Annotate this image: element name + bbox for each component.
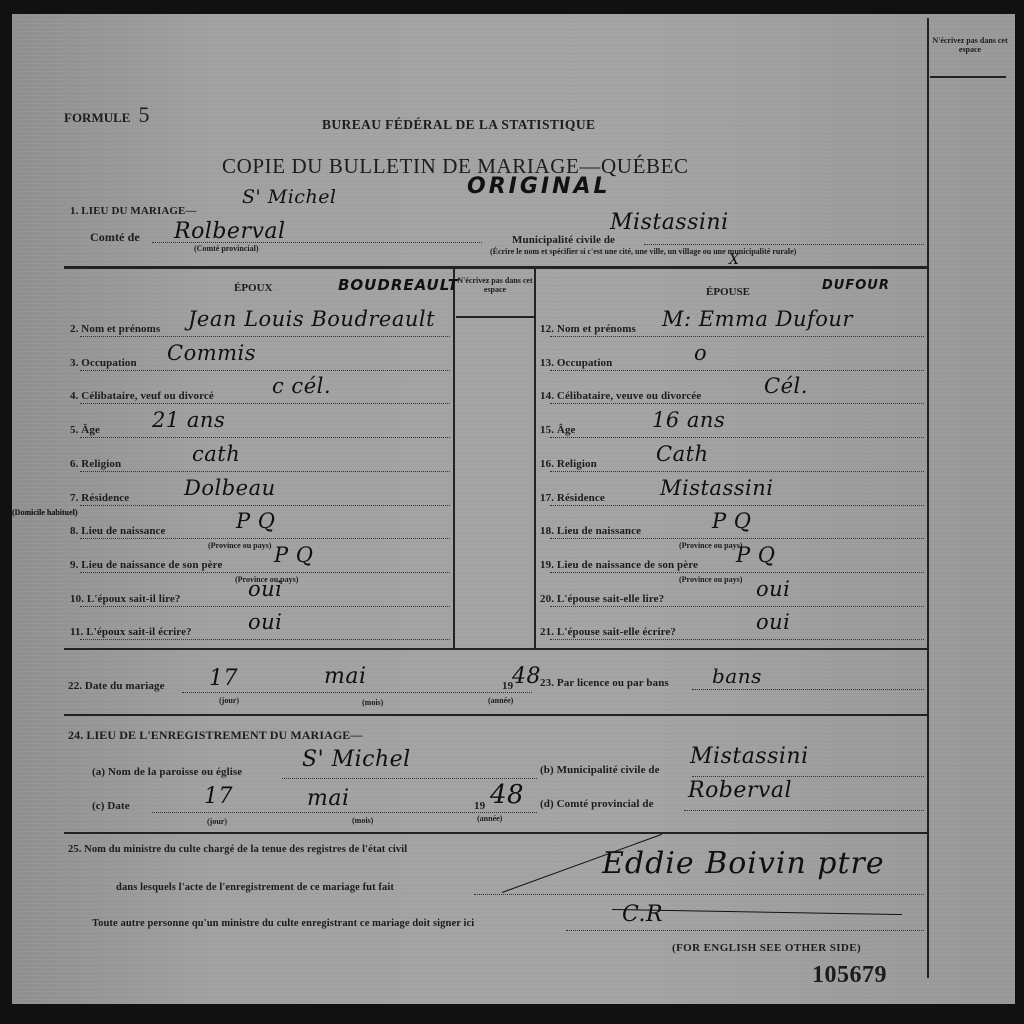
epoux-field-dotline [80,538,450,539]
municipalite-label: Municipalité civile de [512,234,615,246]
section-24-heading: 24. LIEU DE L'ENREGISTREMENT DU MARIAGE— [68,728,363,743]
epoux-field-value: Jean Louis Boudreault [188,307,435,331]
epoux-field-value: c cél. [272,374,331,398]
date-enreg-dotline [152,812,537,813]
margin-note-top: N'écrivez pas dans cet espace [930,36,1010,54]
epouse-field-dotline [550,538,924,539]
epoux-field-label: 4. Célibataire, veuf ou divorcé [70,390,214,402]
epouse-field-label: 20. L'épouse sait-elle lire? [540,593,664,605]
epoux-field-value: cath [192,442,240,466]
epouse-field-sublabel: (Province ou pays) [679,541,742,550]
epoux-field-sublabel: (Province ou pays) [208,541,271,550]
epoux-field-label: 6. Religion [70,458,121,470]
epouse-field-label: 14. Célibataire, veuve ou divorcée [540,390,701,402]
page-title: COPIE DU BULLETIN DE MARIAGE—QUÉBEC [222,154,689,179]
autre-personne-label: Toute autre personne qu'un ministre du c… [92,918,474,929]
epouse-field-dotline [550,437,924,438]
date-mariage-jour-sub: (jour) [219,696,239,705]
epoux-field-value: P Q [236,509,276,533]
epoux-field-dotline [80,505,450,506]
epouse-field-value: P Q [712,509,752,533]
date-enreg-annee-prefix: 19 [474,800,485,812]
date-enreg-annee-sub: (année) [477,814,502,823]
comte-enreg-label: (d) Comté provincial de [540,798,654,810]
epouse-heading: ÉPOUSE [706,286,750,298]
date-mariage-annee: 48 [512,664,541,689]
ministre-label-line1: 25. Nom du ministre du culte chargé de l… [68,844,407,855]
date-mariage-mois: mai [324,664,367,689]
epoux-field-dotline [80,336,450,337]
epoux-field-value: oui [248,577,282,601]
paroisse-value: S' Michel [302,747,411,772]
epoux-field-value: Commis [167,341,256,365]
epouse-field-value: oui [756,577,790,601]
paroisse-label: (a) Nom de la paroisse ou église [92,766,242,778]
date-enreg-mois-sub: (mois) [352,816,373,825]
bureau-title: BUREAU FÉDÉRAL DE LA STATISTIQUE [322,117,595,133]
municipalite-enreg-label: (b) Municipalité civile de [540,764,660,776]
epouse-field-value: Cél. [764,374,808,398]
comte-value: Rolberval [174,219,286,244]
epouse-field-label: 16. Religion [540,458,597,470]
epouse-field-sublabel: (Domicile habituel) [12,508,78,517]
date-enreg-annee: 48 [490,780,524,810]
epouse-field-label: 21. L'épouse sait-elle écrire? [540,626,676,638]
date-mariage-label: 22. Date du mariage [68,680,165,692]
margin-note-rule [930,76,1006,78]
epouse-field-value: Cath [656,442,709,466]
licence-bans-dotline [692,689,924,690]
epoux-field-value: oui [248,610,282,634]
middle-margin-note: N'écrivez pas dans cet espace [456,276,534,294]
epouse-field-dotline [550,505,924,506]
epouse-field-value: Mistassini [660,476,773,500]
middle-note-rule [456,316,534,318]
epouse-field-value: P Q [736,543,776,567]
epoux-field-label: 3. Occupation [70,357,137,369]
date-mariage-mois-sub: (mois) [362,698,383,707]
epouse-field-dotline [550,471,924,472]
epoux-field-label: 2. Nom et prénoms [70,323,160,335]
ministre-label-line2: dans lesquels l'acte de l'enregistrement… [116,882,394,893]
epoux-right-divider [453,269,455,649]
epouse-field-label: 19. Lieu de naissance de son père [540,559,698,571]
epouse-field-label: 12. Nom et prénoms [540,323,636,335]
municipalite-enreg-value: Mistassini [690,744,809,769]
epouse-left-divider [534,269,536,649]
comte-label: Comté de [90,230,140,245]
epouse-field-dotline [550,403,924,404]
signature-initials: C.R [622,902,663,927]
serial-number: 105679 [812,962,887,989]
epoux-field-label: 10. L'époux sait-il lire? [70,593,180,605]
epoux-field-label: 7. Résidence [70,492,129,504]
date-mariage-jour: 17 [209,666,238,691]
epoux-field-value: Dolbeau [184,476,276,500]
paroisse-dotline [282,778,537,779]
date-enreg-label: (c) Date [92,800,130,812]
epouse-field-dotline [550,606,924,607]
epoux-field-label: 11. L'époux sait-il écrire? [70,626,192,638]
epouse-field-label: 13. Occupation [540,357,612,369]
epoux-field-dotline [80,572,450,573]
margin-column-divider [927,18,929,978]
epoux-field-label: 9. Lieu de naissance de son père [70,559,222,571]
epouse-field-dotline [550,572,924,573]
epouse-field-dotline [550,370,924,371]
minister-signature: Eddie Boivin ptre [602,846,885,881]
epoux-field-dotline [80,403,450,404]
epouse-field-value: M: Emma Dufour [662,307,853,331]
lieu-du-mariage-value: S' Michel [242,186,337,208]
marriage-certificate-page: N'écrivez pas dans cet espace FORMULE 5 … [12,14,1015,1004]
municipalite-dotline [644,244,924,245]
autre-personne-dotline [566,930,924,931]
epoux-field-value: P Q [274,543,314,567]
lieu-du-mariage-label: 1. LIEU DU MARIAGE— [70,205,197,217]
epoux-surname-stamp: BOUDREAULT [338,276,459,294]
municipalite-value: Mistassini [610,210,729,235]
epouse-surname-stamp: DUFOUR [822,278,890,293]
epoux-field-dotline [80,639,450,640]
epouse-field-dotline [550,639,924,640]
epouse-field-sublabel: (Province ou pays) [679,575,742,584]
date-enreg-jour-sub: (jour) [207,817,227,826]
epoux-field-label: 5. Âge [70,424,100,436]
section-24-top-rule [64,714,927,716]
epoux-field-dotline [80,370,450,371]
english-note: (FOR ENGLISH SEE OTHER SIDE) [672,942,861,954]
date-mariage-annee-sub: (année) [488,696,513,705]
epouse-field-value: o [694,341,707,365]
original-stamp: ORIGINAL [467,174,611,199]
licence-bans-value: bans [712,664,762,688]
section-25-top-rule [64,832,927,834]
epoux-field-dotline [80,606,450,607]
epouse-field-value: 16 ans [652,408,725,432]
epouse-field-label: 18. Lieu de naissance [540,525,641,537]
date-enreg-jour: 17 [204,784,233,809]
epouse-field-label: 17. Résidence [540,492,605,504]
ministre-dotline [474,894,924,895]
epouse-field-label: 15. Âge [540,424,576,436]
epouse-field-dotline [550,336,924,337]
epoux-field-dotline [80,437,450,438]
epoux-heading: ÉPOUX [234,282,273,294]
epoux-field-value: 21 ans [152,408,225,432]
section-22-top-rule [64,648,927,650]
date-enreg-mois: mai [307,786,350,811]
licence-bans-label: 23. Par licence ou par bans [540,677,669,689]
epoux-field-dotline [80,471,450,472]
top-rule [64,266,927,269]
comte-enreg-dotline [684,810,924,811]
comte-sublabel: (Comté provincial) [194,244,259,253]
municipalite-enreg-dotline [692,776,924,777]
epouse-field-value: oui [756,610,790,634]
comte-enreg-value: Roberval [688,778,792,803]
municipalite-sublabel: (Écrire le nom et spécifier si c'est une… [490,247,796,256]
formule-label: FORMULE 5 [64,102,149,128]
epoux-field-label: 8. Lieu de naissance [70,525,166,537]
date-mariage-dotline [182,692,532,693]
